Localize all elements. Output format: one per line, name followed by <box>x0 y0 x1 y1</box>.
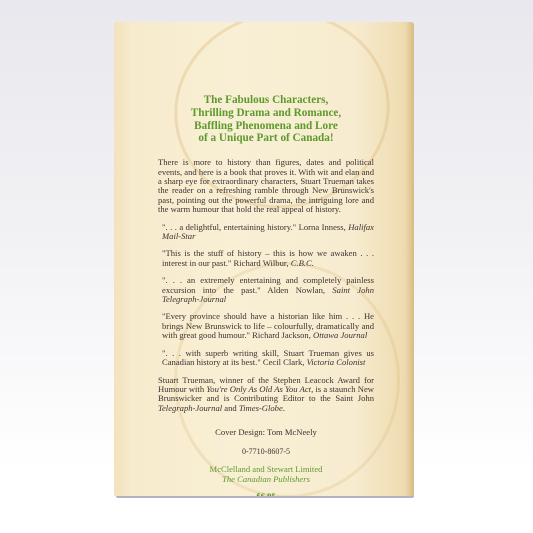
publisher-tagline: The Canadian Publishers <box>222 474 310 484</box>
headline-line: Baffling Phenomena and Lore <box>158 120 374 133</box>
headline-line: of a Unique Part of Canada! <box>158 132 374 145</box>
bio-text: and <box>222 403 239 413</box>
quote-text: "This is the stuff of history – this is … <box>162 248 374 267</box>
isbn: 0-7710-8607-5 <box>158 447 374 456</box>
publisher: McClelland and Stewart Limited The Canad… <box>158 465 374 484</box>
author-bio: Stuart Trueman, winner of the Stephen Le… <box>158 376 374 414</box>
cover-text: The Fabulous Characters, Thrilling Drama… <box>158 94 374 496</box>
bio-newspaper: Times-Globe <box>239 403 283 413</box>
review-quote: ". . . an extremely entertaining and com… <box>158 276 374 304</box>
blurb: There is more to history than figures, d… <box>158 158 374 214</box>
headline-line: The Fabulous Characters, <box>158 94 374 107</box>
headline: The Fabulous Characters, Thrilling Drama… <box>158 94 374 145</box>
review-quote: ". . . with superb writing skill, Stuart… <box>158 349 374 368</box>
review-quote: "Every province should have a historian … <box>158 312 374 340</box>
page-edge <box>406 22 414 496</box>
price: $6.95 <box>158 492 374 496</box>
bio-text: . <box>283 403 285 413</box>
cover-design-credit: Cover Design: Tom McNeely <box>158 428 374 437</box>
quote-source: C.B.C. <box>291 258 314 268</box>
book-back-cover: The Fabulous Characters, Thrilling Drama… <box>114 22 414 496</box>
review-quote: ". . . a delightful, entertaining histor… <box>158 223 374 242</box>
bio-newspaper: Telegraph-Journal <box>158 403 222 413</box>
quote-source: Ottawa Journal <box>313 330 367 340</box>
review-quote: "This is the stuff of history – this is … <box>158 249 374 268</box>
quote-source: Victoria Colonist <box>307 357 366 367</box>
headline-line: Thrilling Drama and Romance, <box>158 107 374 120</box>
